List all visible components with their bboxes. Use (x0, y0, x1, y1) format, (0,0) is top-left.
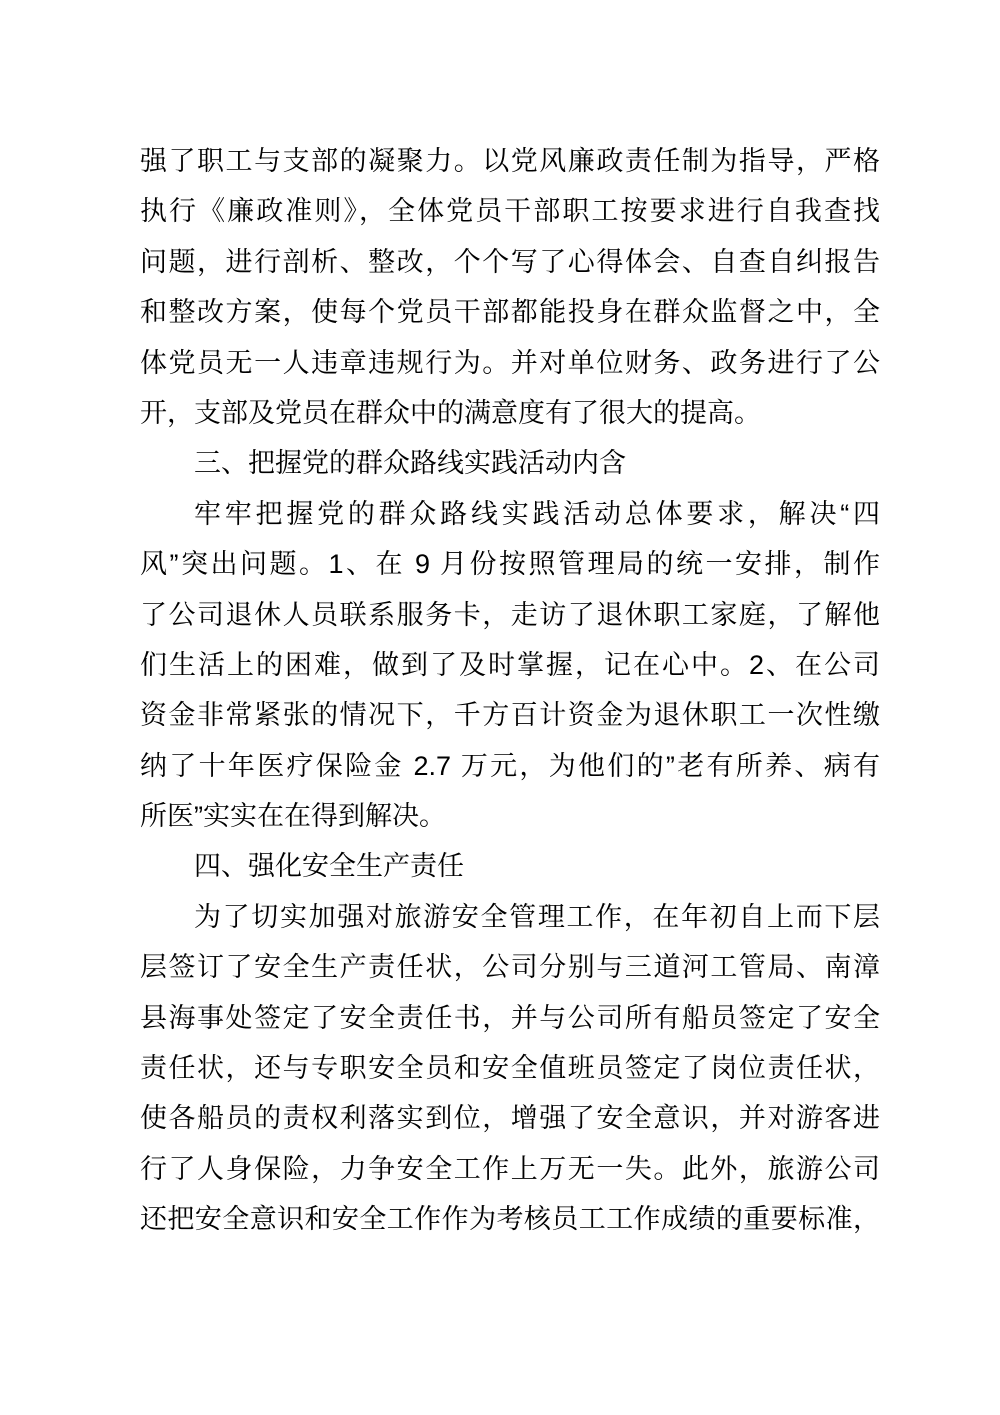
text-line: 四、强化安全生产责任 (140, 841, 880, 891)
text-line: 风”突出问题。1、在 9 月份按照管理局的统一安排，制作 (140, 539, 880, 589)
text-line: 资金非常紧张的情况下，千方百计资金为退休职工一次性缴 (140, 690, 880, 740)
text-line: 体党员无一人违章违规行为。并对单位财务、政务进行了公 (140, 338, 880, 388)
text-line: 县海事处签定了安全责任书，并与公司所有船员签定了安全 (140, 993, 880, 1043)
document-page: 强了职工与支部的凝聚力。以党风廉政责任制为指导，严格执行《廉政准则》，全体党员干… (0, 0, 1000, 1415)
text-line: 行了人身保险，力争安全工作上万无一失。此外，旅游公司 (140, 1144, 880, 1194)
text-line: 层签订了安全生产责任状，公司分别与三道河工管局、南漳 (140, 942, 880, 992)
text-line: 了公司退休人员联系服务卡，走访了退休职工家庭，了解他 (140, 590, 880, 640)
document-body: 强了职工与支部的凝聚力。以党风廉政责任制为指导，严格执行《廉政准则》，全体党员干… (140, 136, 880, 1245)
text-line: 和整改方案，使每个党员干部都能投身在群众监督之中，全 (140, 287, 880, 337)
text-line: 牢牢把握党的群众路线实践活动总体要求，解决“四 (140, 489, 880, 539)
text-line: 责任状，还与专职安全员和安全值班员签定了岗位责任状， (140, 1043, 880, 1093)
text-line: 所医”实实在在得到解决。 (140, 791, 880, 841)
text-line: 还把安全意识和安全工作作为考核员工工作成绩的重要标准， (140, 1194, 880, 1244)
text-line: 三、把握党的群众路线实践活动内含 (140, 438, 880, 488)
text-line: 开，支部及党员在群众中的满意度有了很大的提高。 (140, 388, 880, 438)
text-line: 纳了十年医疗保险金 2.7 万元，为他们的”老有所养、病有 (140, 741, 880, 791)
text-line: 使各船员的责权利落实到位，增强了安全意识，并对游客进 (140, 1093, 880, 1143)
text-line: 们生活上的困难，做到了及时掌握，记在心中。2、在公司 (140, 640, 880, 690)
text-line: 为了切实加强对旅游安全管理工作，在年初自上而下层 (140, 892, 880, 942)
text-line: 执行《廉政准则》，全体党员干部职工按要求进行自我查找 (140, 186, 880, 236)
text-line: 问题，进行剖析、整改，个个写了心得体会、自查自纠报告 (140, 237, 880, 287)
text-line: 强了职工与支部的凝聚力。以党风廉政责任制为指导，严格 (140, 136, 880, 186)
